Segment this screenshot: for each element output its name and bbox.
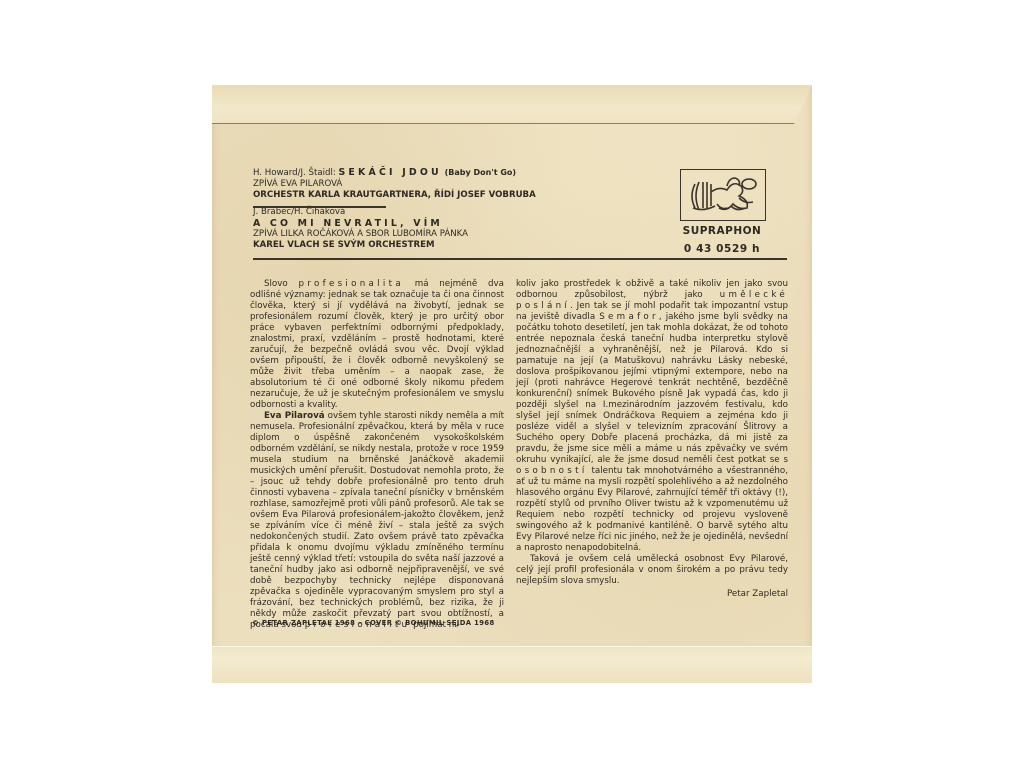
catalog-number: 0 43 0529 h xyxy=(676,243,768,255)
header-divider xyxy=(253,258,787,260)
track-1-title: SEKÁČI JDOU xyxy=(338,167,441,178)
track-1-orchestra: ORCHESTR KARLA KRAUTGARTNERA, ŘÍDÍ JOSEF… xyxy=(253,190,673,201)
artist-name: Eva Pilarová xyxy=(264,411,325,421)
text: ovšem tyhle starosti nikdy neměla a mít … xyxy=(250,411,504,630)
liner-notes-right-column: koliv jako prostředek k obživě a také ni… xyxy=(516,279,788,600)
text: Slovo xyxy=(264,279,288,289)
track-1-singer: ZPÍVÁ EVA PILAROVÁ xyxy=(253,179,673,190)
liner-paragraph: Taková je ovšem celá umělecká osobnost E… xyxy=(516,554,788,587)
emphasis-text: Semafor xyxy=(599,312,659,322)
track-2-authors: J. Brabec/H. Čiháková xyxy=(253,207,673,218)
liner-paragraph: Eva Pilarová ovšem tyhle starosti nikdy … xyxy=(250,411,504,631)
track-2-orchestra: KAREL VLACH SE SVÝM ORCHESTREM xyxy=(253,240,673,251)
record-sleeve-back: H. Howard/J. Štaidl: SEKÁČI JDOU (Baby D… xyxy=(212,85,812,683)
sleeve-bottom-flap xyxy=(212,646,812,683)
text: má nejméně dva odlišné významy: jednak s… xyxy=(250,279,504,410)
sleeve-top-flap xyxy=(212,85,812,124)
author-signature: Petar Zapletal xyxy=(516,589,788,600)
track-1-original-title: (Baby Don't Go) xyxy=(445,168,517,177)
copyright-notice: © PETAR ZAPLETAL 1968 – COVER © BOHUMIL … xyxy=(252,619,495,627)
emphasis-text: profesionalita xyxy=(298,279,403,289)
track-1-heading: H. Howard/J. Štaidl: SEKÁČI JDOU (Baby D… xyxy=(253,167,673,179)
liner-paragraph: Slovo profesionalita má nejméně dva odli… xyxy=(250,279,504,411)
liner-paragraph: koliv jako prostředek k obživě a také ni… xyxy=(516,279,788,554)
brand-name: SUPRAPHON xyxy=(676,225,768,237)
text: , jakého jsme byli svědky na počátku toh… xyxy=(516,312,788,465)
emphasis-text: osobností xyxy=(516,466,588,476)
track-divider xyxy=(253,206,386,208)
track-2-title: A CO MI NEVRATIL, VÍM xyxy=(253,218,673,229)
track-listing: H. Howard/J. Štaidl: SEKÁČI JDOU (Baby D… xyxy=(253,167,673,251)
text: talentu tak mnohotvárného a všestranného… xyxy=(516,466,788,553)
liner-notes-left-column: Slovo profesionalita má nejméně dva odli… xyxy=(250,279,504,631)
track-1-authors: H. Howard/J. Štaidl: xyxy=(253,168,336,178)
supraphon-logo-icon xyxy=(680,169,766,221)
track-2-singer: ZPÍVÁ LILKA ROČÁKOVÁ A SBOR LUBOMÍRA PÁN… xyxy=(253,229,673,240)
